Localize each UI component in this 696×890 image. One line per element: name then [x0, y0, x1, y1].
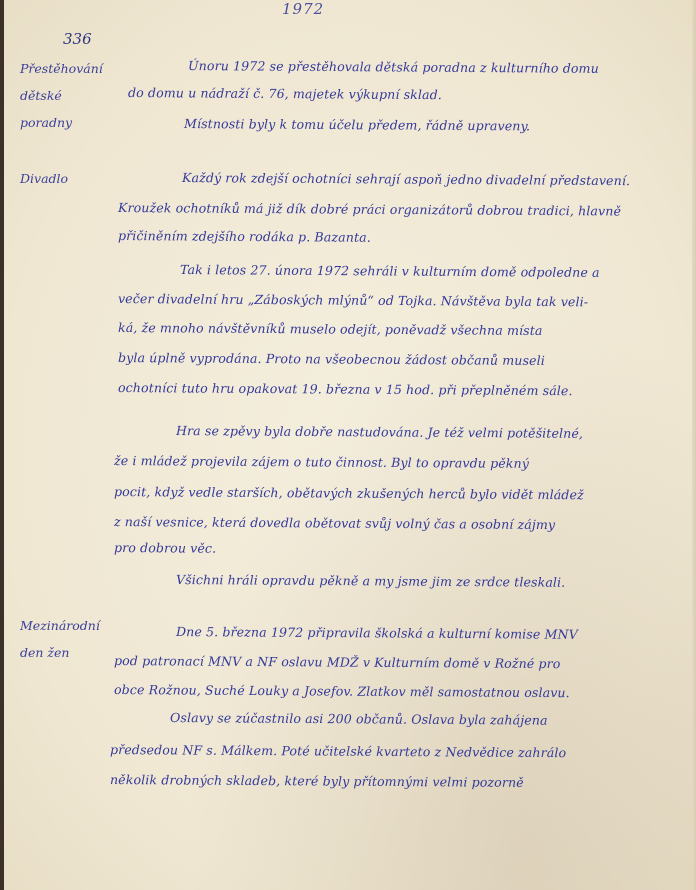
- text-line: Místnosti byly k tomu účelu předem, řádn…: [184, 116, 530, 133]
- text-line: Oslavy se zúčastnilo asi 200 občanů. Osl…: [170, 710, 548, 728]
- text-line: několik drobných skladeb, které byly pří…: [110, 772, 524, 790]
- text-line: pocit, když vedle starších, obětavých zk…: [114, 484, 584, 502]
- text-line: Všichni hráli opravdu pěkně a my jsme ji…: [176, 572, 565, 590]
- margin-heading-line: Mezinárodní: [20, 612, 100, 639]
- text-line: Tak i letos 27. února 1972 sehráli v kul…: [180, 262, 600, 280]
- margin-heading-line: Divadlo: [20, 165, 68, 192]
- text-line: ká, že mnoho návštěvníků muselo odejít, …: [118, 320, 543, 338]
- text-line: ochotníci tuto hru opakovat 19. března v…: [118, 380, 573, 398]
- text-line: do domu u nádraží č. 76, majetek výkupní…: [128, 85, 442, 102]
- text-line: pod patronací MNV a NF oslavu MDŽ v Kult…: [114, 653, 561, 671]
- margin-heading-line: den žen: [20, 639, 100, 666]
- text-line: byla úplně vyprodána. Proto na všeobecno…: [118, 350, 545, 368]
- page-number: 336: [63, 30, 92, 48]
- margin-heading-line: Přestěhování: [20, 55, 103, 82]
- text-line: z naší vesnice, která dovedla obětovat s…: [114, 514, 555, 532]
- text-line: večer divadelní hru „Záboských mlýnů“ od…: [118, 291, 588, 309]
- text-line: Kroužek ochotníků má již dík dobré práci…: [118, 200, 621, 219]
- year-header: 1972: [282, 0, 324, 18]
- text-line: předsedou NF s. Málkem. Poté učitelské k…: [110, 742, 566, 760]
- margin-heading-poradna: Přestěhování dětské poradny: [20, 55, 103, 136]
- text-line: že i mládež projevila zájem o tuto činno…: [114, 453, 529, 471]
- text-line: pro dobrou věc.: [114, 540, 216, 556]
- page-edge: [692, 0, 696, 890]
- text-line: Hra se zpěvy byla dobře nastudována. Je …: [176, 423, 583, 441]
- margin-heading-mdz: Mezinárodní den žen: [20, 612, 100, 666]
- margin-heading-divadlo: Divadlo: [20, 165, 68, 192]
- book-binding-edge: [0, 0, 4, 890]
- text-line: přičiněním zdejšího rodáka p. Bazanta.: [118, 228, 371, 245]
- text-line: Každý rok zdejší ochotníci sehrají aspoň…: [182, 170, 630, 188]
- text-line: Dne 5. března 1972 připravila školská a …: [176, 624, 578, 642]
- margin-heading-line: poradny: [20, 109, 103, 136]
- margin-heading-line: dětské: [20, 82, 103, 109]
- text-line: obce Rožnou, Suché Louky a Josefov. Zlat…: [114, 682, 570, 700]
- chronicle-page: 1972 336 Přestěhování dětské poradny Úno…: [0, 0, 696, 890]
- text-line: Únoru 1972 se přestěhovala dětská poradn…: [188, 58, 599, 76]
